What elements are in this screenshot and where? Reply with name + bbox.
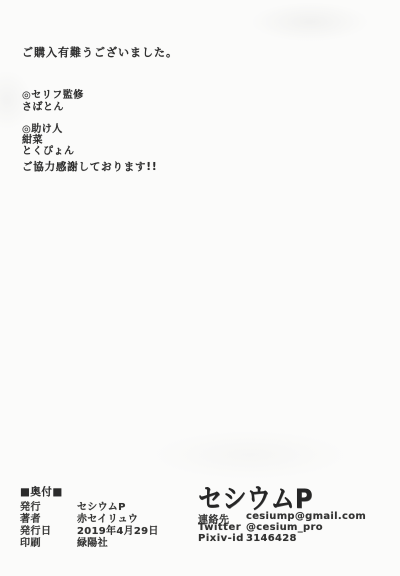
- contact-value-email: cesiump@gmail.com: [246, 511, 366, 522]
- colophon-heading: ■奥付■: [20, 484, 63, 499]
- contact-label-pixiv-id: Pixiv-id: [198, 533, 244, 544]
- contact-label-twitter: Twitter: [198, 522, 241, 533]
- colophon-page: ご購入有難うございました。 ◎セリフ監修 さばとん ◎助け人 紺菜 とくぴょん …: [0, 0, 400, 576]
- contact-value-twitter: @cesium_pro: [246, 522, 323, 533]
- purchase-thanks-message: ご購入有難うございました。: [22, 44, 178, 60]
- contact-value-pixiv-id: 3146428: [246, 533, 297, 544]
- colophon-label-printer: 印刷: [20, 534, 41, 549]
- scan-smudge: [250, 2, 370, 42]
- colophon-value-printer: 緑陽社: [77, 534, 108, 549]
- credit-name: とくぴょん: [22, 142, 75, 157]
- credit-name: さばとん: [22, 98, 64, 113]
- cooperation-thanks-message: ご協力感謝しております!!: [22, 159, 157, 174]
- scan-smudge: [150, 430, 350, 480]
